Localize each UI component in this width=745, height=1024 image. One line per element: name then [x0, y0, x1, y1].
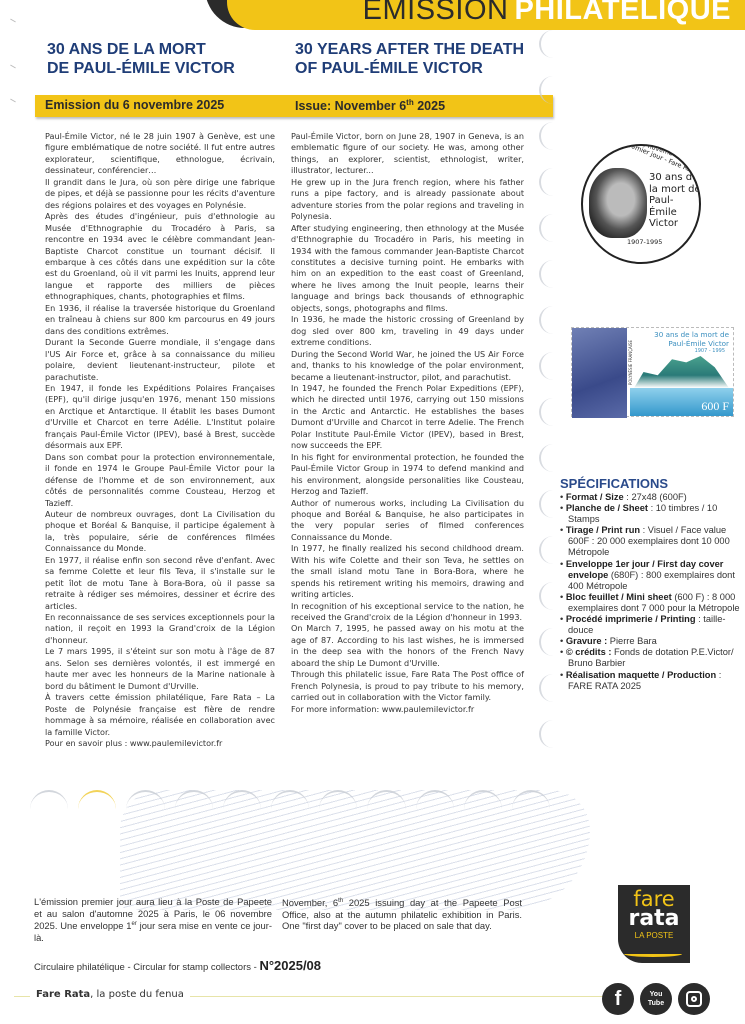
facebook-icon[interactable]: f	[602, 983, 634, 1015]
spec-label: Tirage / Print run	[566, 525, 640, 535]
issue-date-en: Issue: November 6th 2025	[295, 98, 445, 113]
youtube-icon[interactable]: YouTube	[640, 983, 672, 1015]
paragraph-fr: En 1977, il réalise enfin son second rêv…	[45, 555, 275, 612]
paragraph-en: Paul-Émile Victor, born on June 28, 1907…	[291, 131, 524, 177]
specifications-panel: SPÉCIFICATIONS • Format / Size : 27x48 (…	[560, 476, 740, 692]
spec-item: • Format / Size : 27x48 (600F)	[560, 492, 740, 503]
postage-stamp: POLYNÉSIE FRANÇAISE 30 ans de la mort de…	[571, 327, 734, 417]
spec-item: • Bloc feuillet / Mini sheet (600 F) : 8…	[560, 592, 740, 614]
paragraph-en: He grew up in the Jura french region, wh…	[291, 177, 524, 223]
margin-tick	[10, 65, 16, 69]
body-english-column: Paul-Émile Victor, born on June 28, 1907…	[291, 131, 524, 715]
stamp-title-line2: Paul-Émile Victor	[654, 339, 729, 348]
paragraph-en: In his fight for environmental protectio…	[291, 452, 524, 498]
spec-item: • Gravure : Pierre Bara	[560, 636, 740, 647]
paragraph-fr: À travers cette émission philatélique, F…	[45, 692, 275, 738]
spec-label: © crédits :	[566, 647, 612, 657]
paragraph-fr: Après des études d'ingénieur, puis d'eth…	[45, 211, 275, 303]
stamp-country-label: POLYNÉSIE FRANÇAISE	[628, 340, 633, 385]
stamp-iceberg-illustration	[634, 356, 729, 388]
fare-rata-logo[interactable]: fare rata LA POSTE	[618, 885, 690, 963]
spec-label: Bloc feuillet / Mini sheet	[566, 592, 672, 602]
title-en-line2: OF PAUL-ÉMILE VICTOR	[295, 59, 555, 78]
title-en-line1: 30 YEARS AFTER THE DEATH	[295, 40, 555, 59]
paragraph-fr: Paul-Émile Victor, né le 28 juin 1907 à …	[45, 131, 275, 177]
title-english: 30 YEARS AFTER THE DEATH OF PAUL-ÉMILE V…	[295, 40, 555, 78]
paragraph-fr: En 1936, il réalise la traversée histori…	[45, 303, 275, 337]
issue-en-suffix: 2025	[414, 99, 445, 113]
paragraph-en: Author of numerous works, including La C…	[291, 498, 524, 544]
paragraph-fr: Il grandit dans le Jura, où son père dir…	[45, 177, 275, 211]
title-fr-line2: DE PAUL-ÉMILE VICTOR	[47, 59, 277, 78]
paragraph-en: After studying engineering, then ethnolo…	[291, 223, 524, 315]
circular-label: Circulaire philatélique - Circular for s…	[34, 962, 259, 973]
logo-word-laposte: LA POSTE	[618, 931, 690, 940]
spec-label: Procédé imprimerie / Printing	[566, 614, 696, 624]
paragraph-en: In recognition of his exceptional servic…	[291, 601, 524, 624]
paragraph-fr: Le 7 mars 1995, il s'éteint sur son motu…	[45, 646, 275, 692]
paragraph-fr: Dans son combat pour la protection envir…	[45, 452, 275, 509]
paragraph-fr: En 1947, il fonde les Expéditions Polair…	[45, 383, 275, 452]
first-day-notice-fr: L'émission premier jour aura lieu à la P…	[34, 896, 272, 944]
cancel-caption: 30 ans de la mort de Paul-Émile Victor	[649, 172, 701, 230]
stamp-years: 1907 - 1995	[695, 348, 725, 354]
spec-value: : 27x48 (600F)	[624, 492, 687, 502]
paragraph-fr: En reconnaissance de ses services except…	[45, 612, 275, 646]
footer-brand: Fare Rata	[36, 989, 90, 1000]
spec-item: • Enveloppe 1er jour / First day cover e…	[560, 559, 740, 592]
stamp-title-line1: 30 ans de la mort de	[654, 330, 729, 339]
issue-date-bar: Emission du 6 novembre 2025 Issue: Novem…	[35, 95, 553, 117]
title-french: 30 ANS DE LA MORT DE PAUL-ÉMILE VICTOR	[47, 40, 277, 78]
paragraph-en: During the Second World War, he joined t…	[291, 349, 524, 383]
instagram-lens	[691, 996, 697, 1002]
issue-date-fr: Emission du 6 novembre 2025	[45, 98, 224, 112]
bottom-perforation-edge	[30, 790, 550, 820]
footer-tagline: Fare Rata, la poste du fenua	[30, 989, 190, 1000]
spec-item: • Tirage / Print run : Visuel / Face val…	[560, 525, 740, 558]
issue-en-prefix: Issue: November 6	[295, 99, 406, 113]
header-banner: EMISSIONPHILATÉLIQUE	[205, 0, 745, 30]
instagram-icon[interactable]	[678, 983, 710, 1015]
stamp-title: 30 ans de la mort de Paul-Émile Victor	[654, 330, 729, 348]
website-link-fr[interactable]: Pour en savoir plus : www.paulemilevicto…	[45, 738, 275, 749]
stamp-face-value: 600 F	[701, 399, 729, 414]
spec-item: • Planche de / Sheet : 10 timbres / 10 S…	[560, 503, 740, 525]
instagram-camera-shape	[686, 991, 702, 1007]
circular-number: N°2025/08	[259, 958, 321, 973]
specifications-title: SPÉCIFICATIONS	[560, 476, 740, 491]
spec-item: • © crédits : Fonds de dotation P.E.Vict…	[560, 647, 740, 669]
margin-tick	[10, 19, 16, 23]
website-link-en[interactable]: For more information: www.paulemilevicto…	[291, 704, 524, 715]
footer-tagline-rest: , la poste du fenua	[90, 989, 184, 1000]
title-fr-line1: 30 ANS DE LA MORT	[47, 40, 277, 59]
first-day-cancel-postmark: Papeete, 6 novembre 2025 Premier jour - …	[581, 144, 701, 264]
facebook-glyph: f	[615, 988, 622, 1010]
circular-reference: Circulaire philatélique - Circular for s…	[34, 958, 321, 973]
body-french-column: Paul-Émile Victor, né le 28 juin 1907 à …	[45, 131, 275, 749]
margin-tick	[10, 99, 16, 103]
paragraph-en: On March 7, 1995, he passed away on his …	[291, 623, 524, 669]
banner-title: EMISSIONPHILATÉLIQUE	[363, 0, 731, 26]
paragraph-fr: Auteur de nombreux ouvrages, dont La Civ…	[45, 509, 275, 555]
spec-label: Format / Size	[566, 492, 624, 502]
notice-en-text: November, 6	[282, 897, 338, 908]
spec-label: Réalisation maquette / Production	[566, 670, 716, 680]
paragraph-en: Through this philatelic issue, Fare Rata…	[291, 669, 524, 703]
cancel-dates: 1907-1995	[627, 238, 662, 246]
paragraph-en: In 1947, he founded the French Polar Exp…	[291, 383, 524, 452]
banner-word-philatelique: PHILATÉLIQUE	[514, 0, 731, 26]
spec-value: Pierre Bara	[607, 636, 657, 646]
spec-item: • Réalisation maquette / Production : FA…	[560, 670, 740, 692]
portrait-engraving	[589, 168, 647, 238]
stamp-perforation-edge	[533, 30, 561, 790]
issue-en-sup: th	[406, 98, 414, 107]
banner-word-emission: EMISSION	[363, 0, 509, 26]
youtube-line1: You	[640, 990, 672, 999]
spec-label: Planche de / Sheet	[566, 503, 648, 513]
logo-swoosh	[624, 951, 682, 957]
stamp-portrait	[572, 328, 627, 418]
spec-label: Gravure :	[566, 636, 607, 646]
spec-item: • Procédé imprimerie / Printing : taille…	[560, 614, 740, 636]
paragraph-en: In 1977, he finally realized his second …	[291, 543, 524, 600]
youtube-line2: Tube	[640, 999, 672, 1008]
paragraph-en: In 1936, he made the historic crossing o…	[291, 314, 524, 348]
first-day-notice-en: November, 6th 2025 issuing day at the Pa…	[282, 896, 522, 932]
logo-word-rata: rata	[618, 909, 690, 929]
paragraph-fr: Durant la Seconde Guerre mondiale, il s'…	[45, 337, 275, 383]
